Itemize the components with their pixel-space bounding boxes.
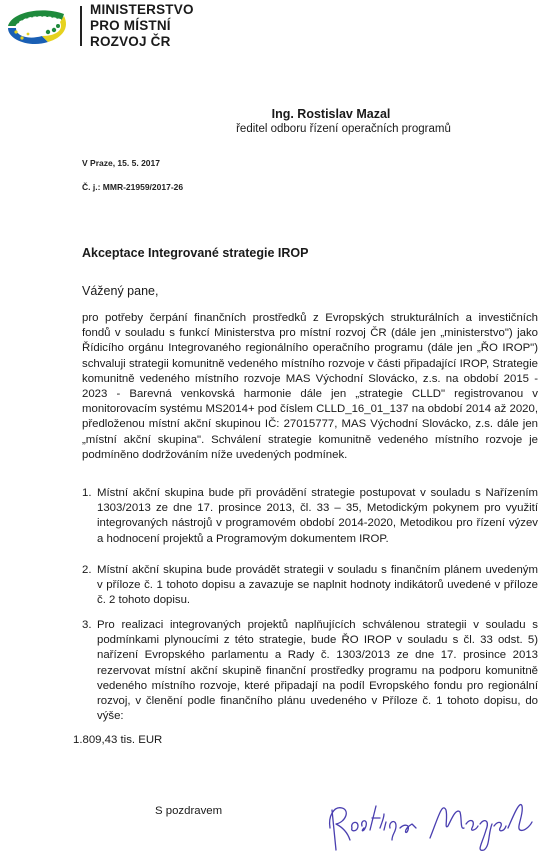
header-divider — [80, 6, 82, 46]
condition-text: Pro realizaci integrovaných projektů nap… — [97, 618, 538, 724]
reference-number: Č. j.: MMR-21959/2017-26 — [82, 182, 183, 192]
condition-item: 1. Místní akční skupina bude při provádě… — [82, 486, 538, 547]
ministry-line: PRO MÍSTNÍ — [90, 18, 194, 34]
ministry-line: MINISTERSTVO — [90, 2, 194, 18]
signer-name: Ing. Rostislav Mazal — [0, 107, 557, 121]
condition-number: 2. — [82, 563, 92, 578]
condition-text: Místní akční skupina bude provádět strat… — [97, 563, 538, 609]
condition-number: 3. — [82, 618, 92, 633]
reserved-amount: 1.809,43 tis. EUR — [73, 734, 162, 746]
body-paragraph: pro potřeby čerpání finančních prostředk… — [82, 311, 538, 463]
letter-subject: Akceptace Integrované strategie IROP — [82, 246, 308, 260]
condition-text: Místní akční skupina bude při provádění … — [97, 486, 538, 547]
signer-role: ředitel odboru řízení operačních program… — [0, 123, 557, 135]
ministry-logo — [2, 4, 74, 48]
greeting: Vážený pane, — [82, 284, 158, 298]
closing-phrase: S pozdravem — [155, 805, 222, 817]
place-date: V Praze, 15. 5. 2017 — [82, 158, 160, 168]
mmr-logo-icon — [2, 4, 74, 48]
condition-item: 2. Místní akční skupina bude provádět st… — [82, 563, 538, 609]
ministry-name: MINISTERSTVO PRO MÍSTNÍ ROZVOJ ČR — [90, 2, 194, 50]
condition-number: 1. — [82, 486, 92, 501]
handwritten-signature-icon — [320, 788, 540, 858]
ministry-line: ROZVOJ ČR — [90, 34, 194, 50]
condition-item: 3. Pro realizaci integrovaných projektů … — [82, 618, 538, 724]
signer-block: Ing. Rostislav Mazal ředitel odboru říze… — [0, 107, 557, 135]
signature — [320, 788, 540, 858]
